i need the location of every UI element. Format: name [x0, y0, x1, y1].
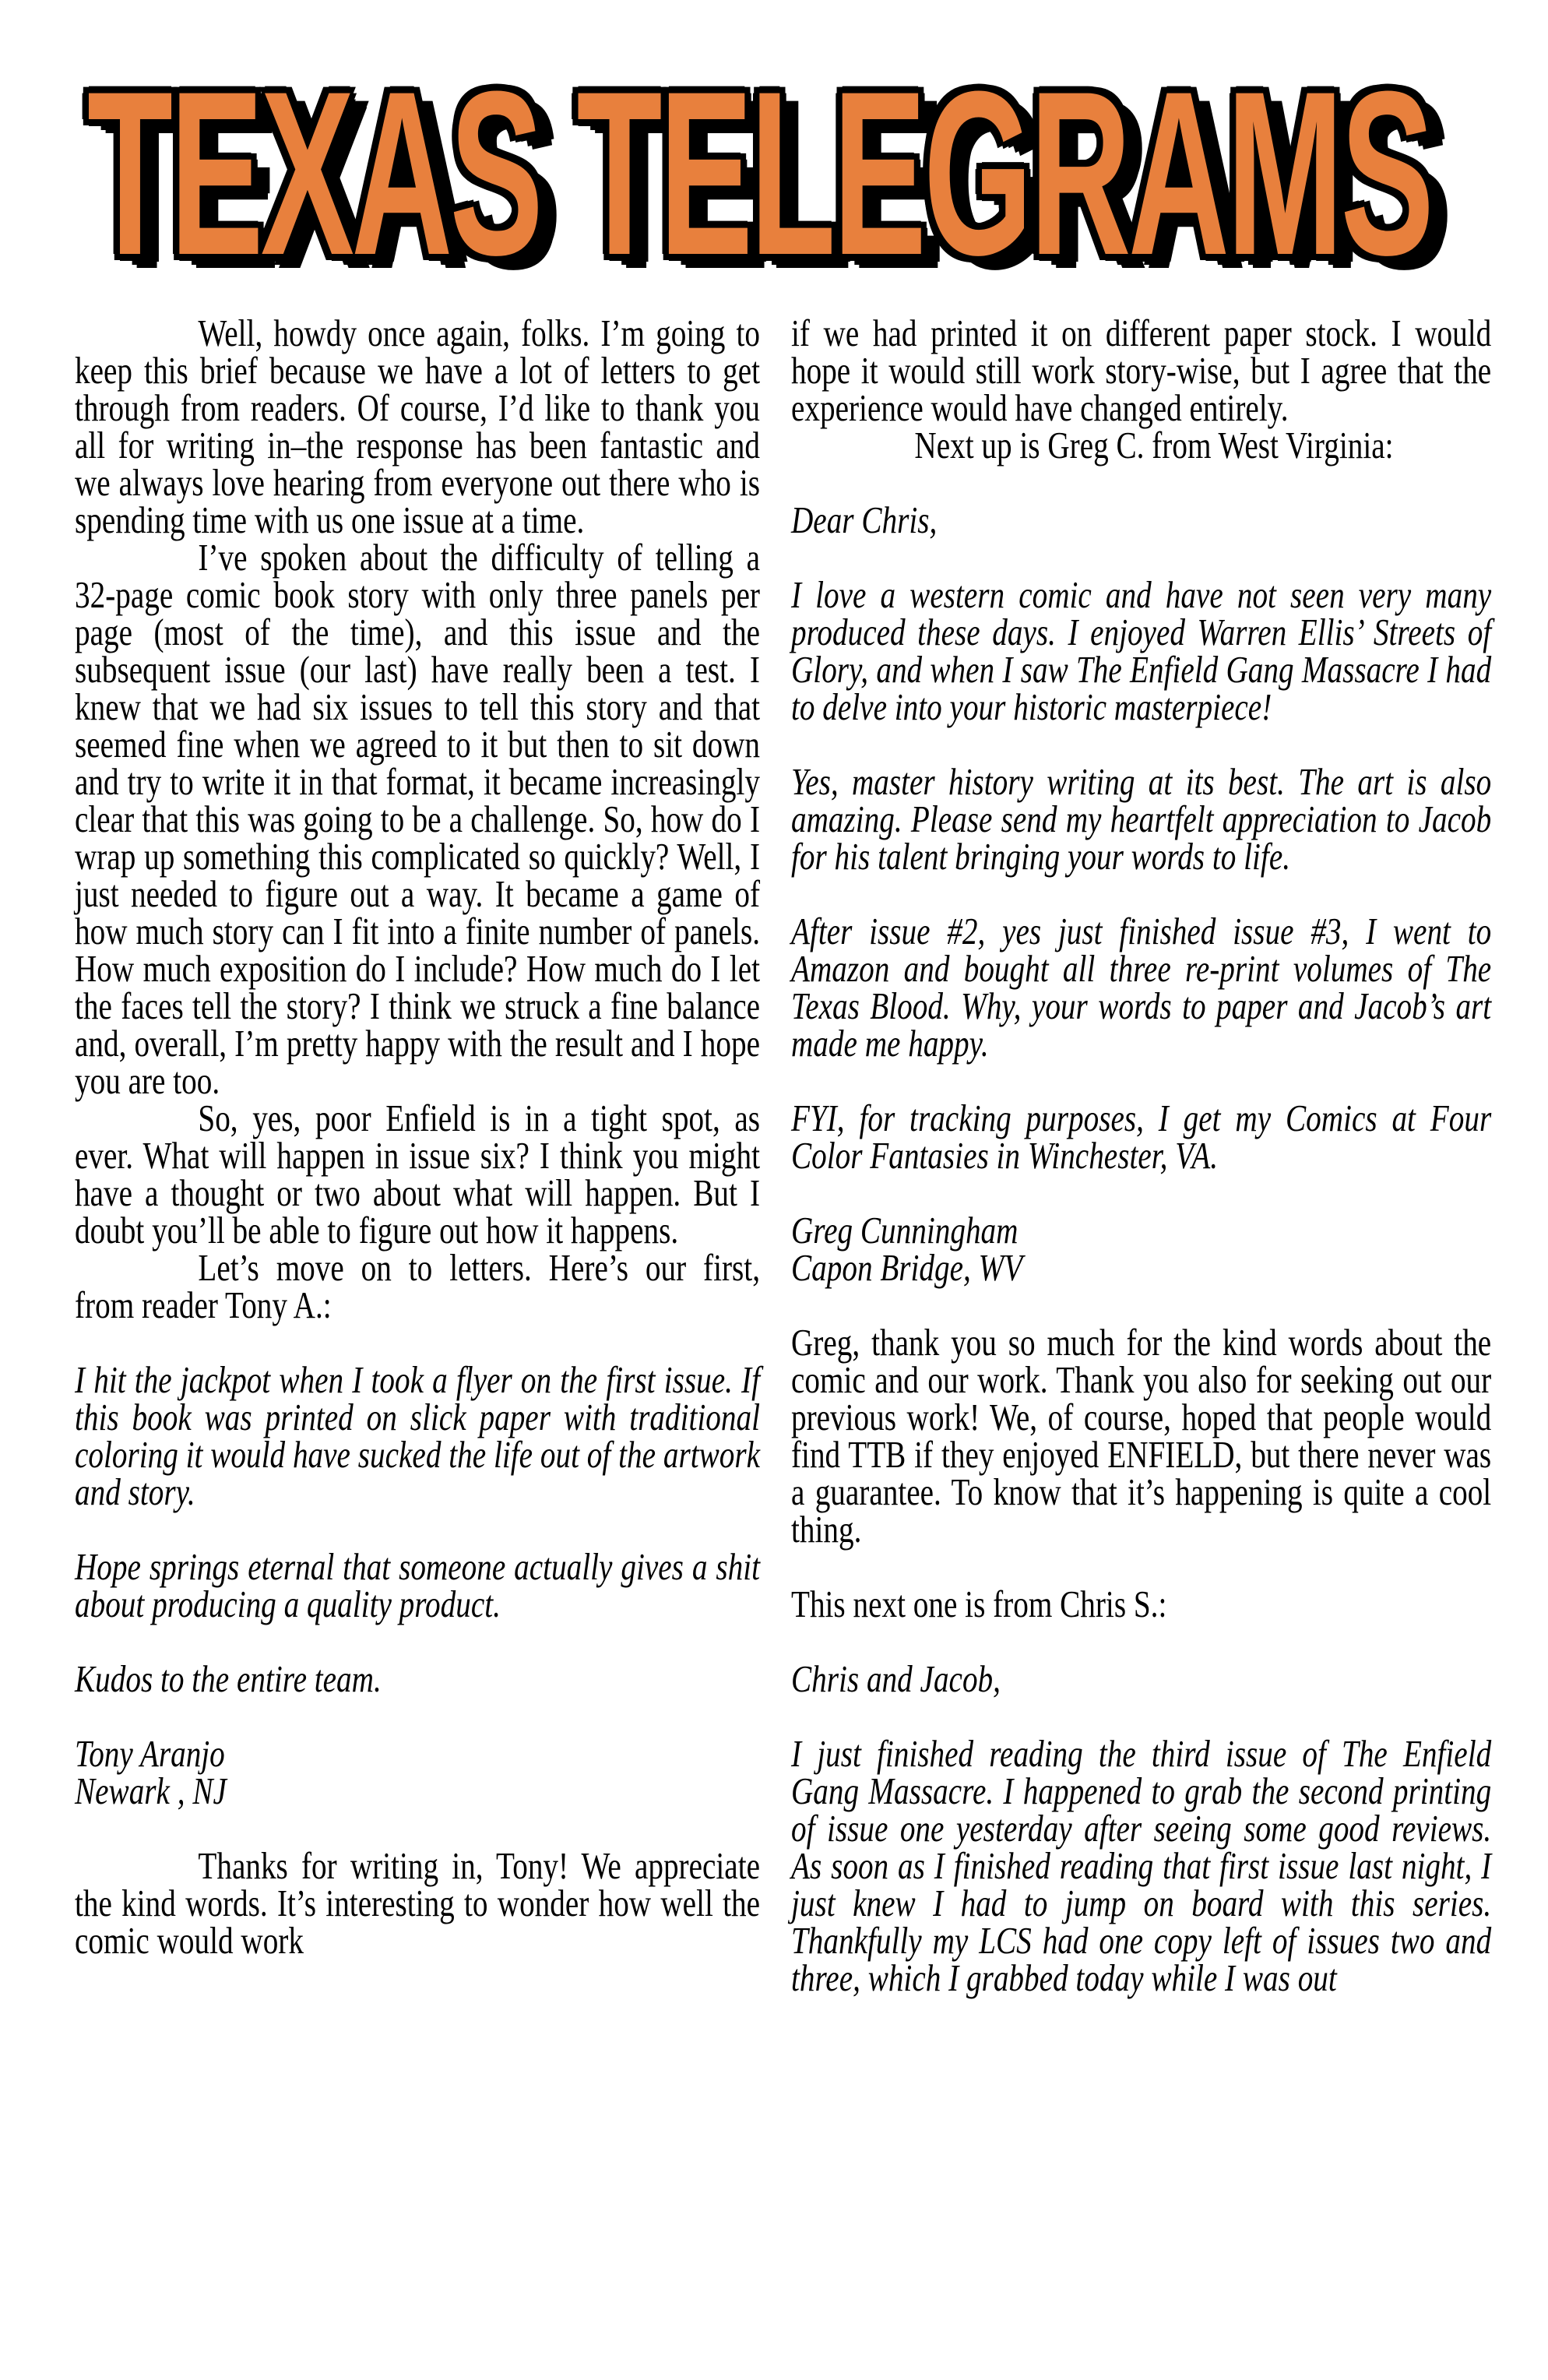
letters-page: { "masthead": { "title": "TEXAS TELEGRAM…: [0, 0, 1548, 2380]
paragraph: Let’s move on to letters. Here’s our fir…: [75, 1249, 760, 1324]
paragraph: After issue #2, yes just finished issue …: [791, 913, 1491, 1062]
paragraph: Chris and Jacob,: [791, 1660, 1491, 1698]
paragraph: I love a western comic and have not seen…: [791, 576, 1491, 726]
paragraph: if we had printed it on different paper …: [791, 315, 1491, 427]
right-column: if we had printed it on different paper …: [791, 315, 1491, 1997]
paragraph: Dear Chris,: [791, 502, 1491, 539]
paragraph: Yes, master history writing at its best.…: [791, 763, 1491, 875]
letters-columns: Well, howdy once again, folks. I’m going…: [0, 0, 1548, 2380]
paragraph: Greg, thank you so much for the kind wor…: [791, 1324, 1491, 1548]
paragraph: So, yes, poor Enfield is in a tight spot…: [75, 1100, 760, 1249]
paragraph: I hit the jackpot when I took a flyer on…: [75, 1361, 760, 1511]
paragraph: Thanks for writing in, Tony! We apprecia…: [75, 1847, 760, 1959]
left-column: Well, howdy once again, folks. I’m going…: [75, 315, 760, 1959]
paragraph: Well, howdy once again, folks. I’m going…: [75, 315, 760, 539]
paragraph: This next one is from Chris S.:: [791, 1586, 1491, 1623]
paragraph: Next up is Greg C. from West Virginia:: [791, 427, 1491, 464]
paragraph: I just finished reading the third issue …: [791, 1735, 1491, 1997]
paragraph: FYI, for tracking purposes, I get my Com…: [791, 1100, 1491, 1174]
paragraph: Tony Aranjo: [75, 1735, 760, 1773]
paragraph: Hope springs eternal that someone actual…: [75, 1548, 760, 1623]
paragraph: Kudos to the entire team.: [75, 1660, 760, 1698]
paragraph: Newark , NJ: [75, 1773, 760, 1810]
paragraph: I’ve spoken about the difficulty of tell…: [75, 539, 760, 1100]
paragraph: Greg Cunningham: [791, 1212, 1491, 1249]
paragraph: Capon Bridge, WV: [791, 1249, 1491, 1287]
